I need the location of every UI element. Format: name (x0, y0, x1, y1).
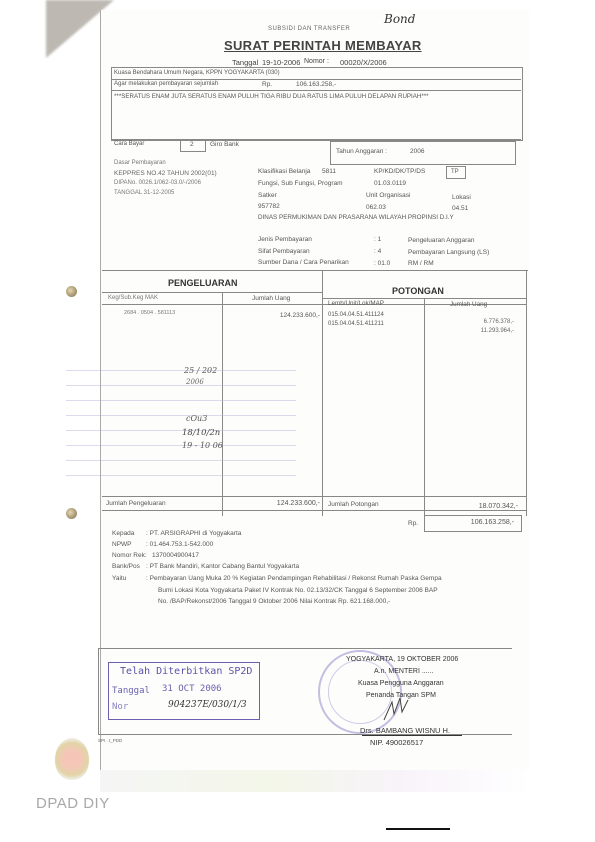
currency-label: Rp. (262, 81, 272, 88)
dpad-emblem-icon (55, 738, 89, 780)
sign-place-date: YOGYAKARTA, 19 OKTOBER 2006 (346, 656, 458, 663)
satker-label: Satker (258, 192, 277, 199)
basis-line: KEPPRES NO.42 TAHUN 2002(01) (114, 170, 217, 177)
kepada-label: Kepada (112, 530, 134, 537)
fiscal-year: 2006 (410, 148, 424, 155)
net-amount: 106.163.258,- (426, 519, 514, 526)
rek-label: Nomor Rek: (112, 552, 147, 559)
doc-date: 19-10-2006 (262, 58, 300, 67)
sifat: Pembayaran Langsung (LS) (408, 249, 489, 256)
potongan-col-amount: Jumlah Uang (450, 301, 487, 308)
handwritten-note: 2006 (186, 378, 204, 386)
doc-title: SURAT PERINTAH MEMBAYAR (224, 38, 422, 53)
fungsi-label: Fungsi, Sub Fungsi, Program (258, 180, 343, 187)
fungsi: 01.03.0119 (374, 180, 406, 187)
handwritten-note: 18/10/2n (182, 428, 220, 438)
potongan-title: POTONGAN (392, 286, 444, 296)
sp2d-date: 31 OCT 2006 (162, 684, 222, 694)
signature-scribble (380, 694, 410, 724)
doc-number-label: Nomor : (304, 58, 329, 65)
page-marker-bar (386, 828, 450, 830)
lokasi-label: Lokasi (452, 194, 471, 201)
pengeluaran-col-amount: Jumlah Uang (252, 295, 290, 302)
agency-name: DINAS PERMUKIMAN DAN PRASARANA WILAYAH P… (258, 214, 454, 221)
handwritten-note: 25 / 202 (184, 366, 217, 375)
jenis-code: : 1 (374, 236, 381, 243)
potongan-col-code: Lemb/Unit/Lok/MAP (328, 300, 384, 307)
handwritten-mark: Bond (384, 12, 415, 26)
kepada: : PT. ARSIGRAPHI di Yogyakarta (146, 530, 241, 537)
addressee-line: Kuasa Bendahara Umum Negara, KPPN YOGYAK… (114, 70, 280, 76)
bank-label: Bank/Pos (112, 563, 140, 570)
net-label: Rp. (408, 520, 418, 527)
pengeluaran-row-code: 2684 . 0504 . 581113 (124, 310, 175, 316)
sign-name: Drs. BAMBANG WISNU H. (360, 726, 450, 735)
handwritten-note: cOu3 (186, 414, 207, 423)
doc-date-label: Tanggal (232, 58, 258, 67)
potongan-row-code: 015.04.04.51.411211 (328, 321, 384, 327)
potongan-row-amount: 6.776.378,- (428, 319, 514, 325)
footer-code: SPI . t_PDD (98, 738, 122, 743)
faded-disposition-stamp (66, 356, 296, 476)
yaitu-line: Bumi Lokasi Kota Yogyakarta Paket IV Kon… (158, 587, 438, 594)
sp2d-date-label: Tanggal (112, 686, 150, 696)
doc-number: 00020/X/2006 (340, 58, 387, 67)
yaitu-label: Yaitu (112, 575, 126, 582)
kp-value: TP (451, 169, 459, 175)
klasifikasi-label: Klasifikasi Belanja (258, 168, 310, 175)
bank: : PT Bank Mandiri, Kantor Cabang Bantul … (146, 563, 299, 570)
punch-hole (66, 286, 77, 297)
kp-label: KP/KD/DK/TP/DS (374, 168, 425, 175)
jenis: Pengeluaran Anggaran (408, 237, 475, 244)
rek: 1370004900417 (152, 552, 199, 559)
pengeluaran-row-amount: 124.233.600,- (226, 312, 320, 319)
amount-in-words: ***SERATUS ENAM JUTA SERATUS ENAM PULUH … (114, 93, 429, 100)
npwp-label: NPWP (112, 541, 132, 548)
basis-line: TANGGAL 31-12-2005 (114, 190, 174, 196)
sumber: RM / RM (408, 260, 434, 267)
sifat-label: Sifat Pembayaran (258, 248, 310, 255)
payment-method-code: 2 (190, 141, 194, 148)
klasifikasi: 5811 (322, 168, 336, 175)
sp2d-number: 904237E/030/1/3 (168, 700, 247, 710)
potongan-row-code: 015.04.04.51.411124 (328, 312, 384, 318)
pengeluaran-col-code: Keg/Sub.Keg MAK (108, 295, 158, 301)
payment-method-name: Giro Bank (210, 141, 239, 148)
punch-hole (66, 508, 77, 519)
jenis-label: Jenis Pembayaran (258, 236, 312, 243)
amount-label: Agar melakukan pembayaran sejumlah (114, 81, 218, 87)
amount-value: 106.163.258,- (296, 81, 336, 88)
sp2d-number-label: Nor (112, 702, 128, 712)
pengeluaran-total: 124.233.600,- (226, 500, 320, 507)
basis-label: Dasar Pembayaran (114, 160, 166, 166)
sign-nip: NIP. 490026517 (370, 738, 423, 747)
sign-an: A.n. MENTERI ...... (374, 668, 434, 675)
pengeluaran-total-label: Jumlah Pengeluaran (106, 500, 166, 507)
fiscal-year-label: Tahun Anggaran : (336, 148, 387, 155)
watermark: DPAD DIY (36, 795, 110, 812)
potongan-total: 18.070.342,- (428, 503, 518, 510)
payment-method-label: Cara Bayar (114, 141, 144, 147)
unit-label: Unit Organisasi (366, 192, 410, 199)
sp2d-stamp-title: Telah Diterbitkan SP2D (120, 666, 252, 677)
sumber-label: Sumber Dana / Cara Penarikan (258, 259, 349, 266)
potongan-total-label: Jumlah Potongan (328, 501, 379, 508)
paper-stain (100, 770, 530, 792)
npwp: : 01.464.753.1-542.000 (146, 541, 213, 548)
potongan-row-amount: 11.293.964,- (428, 328, 514, 334)
unit: 062.03 (366, 204, 386, 211)
pengeluaran-title: PENGELUARAN (168, 278, 238, 288)
sifat-code: : 4 (374, 248, 381, 255)
basis-line: DIPANo. 0026.1/062-03.0/-/2006 (114, 180, 201, 186)
satker: 957782 (258, 203, 280, 210)
doc-subtitle: SUBSIDI DAN TRANSFER (268, 26, 350, 32)
yaitu-line: : Pembayaran Uang Muka 20 % Kegiatan Pen… (146, 575, 442, 582)
handwritten-note: 19 - 10 06 (182, 441, 223, 450)
yaitu-line: No. /BAP/Rekonst/2006 Tanggal 9 Oktober … (158, 598, 390, 605)
sign-role1: Kuasa Pengguna Anggaran (358, 680, 444, 687)
lokasi: 04.51 (452, 205, 468, 212)
sumber-code: : 01.0 (374, 260, 390, 267)
